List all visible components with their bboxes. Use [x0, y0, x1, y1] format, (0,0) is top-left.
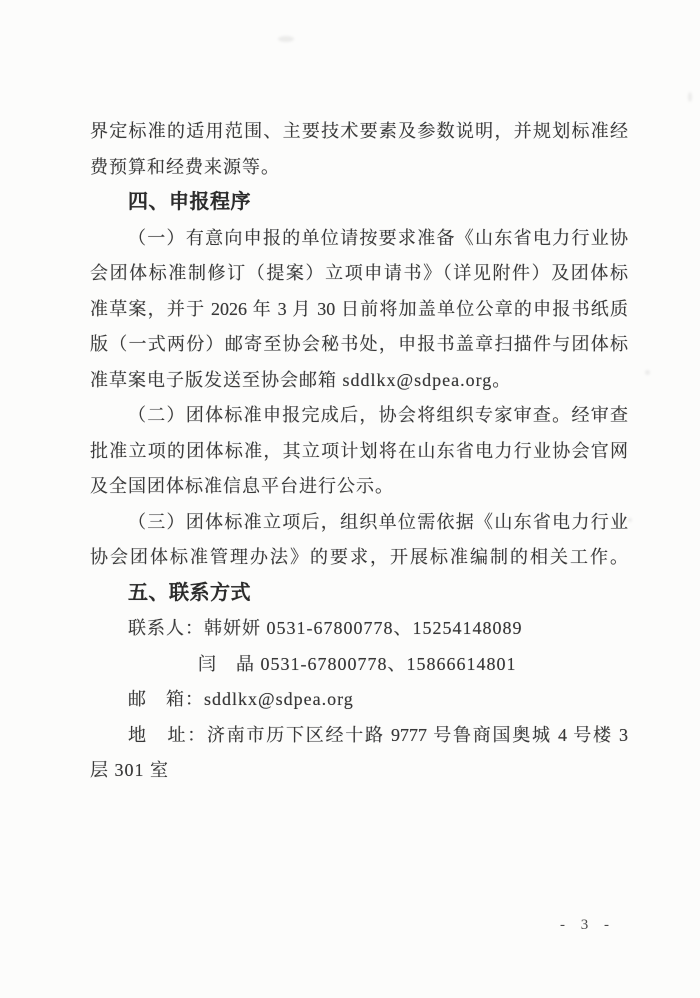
text-line: 层 301 室: [90, 753, 628, 789]
document-body: 界定标准的适用范围、主要技术要素及参数说明，并规划标准经费预算和经费来源等。四、…: [90, 114, 628, 789]
scan-smudge: [645, 370, 650, 375]
text-line: 联系人：韩妍妍 0531-67800778、15254148089: [90, 611, 628, 647]
text-line: 批准立项的团体标准，其立项计划将在山东省电力行业协会官网: [90, 434, 628, 470]
text-line: 会团体标准制修订（提案）立项申请书》（详见附件）及团体标: [90, 256, 628, 292]
text-line: （三）团体标准立项后，组织单位需依据《山东省电力行业: [90, 505, 628, 541]
section-heading: 五、联系方式: [90, 576, 628, 612]
text-line: 邮 箱：sddlkx@sdpea.org: [90, 682, 628, 718]
text-line: 闫 晶 0531-67800778、15866614801: [90, 647, 628, 683]
text-line: 地 址：济南市历下区经十路 9777 号鲁商国奥城 4 号楼 3: [90, 718, 628, 754]
text-line: 界定标准的适用范围、主要技术要素及参数说明，并规划标准经: [90, 114, 628, 150]
text-line: （一）有意向申报的单位请按要求准备《山东省电力行业协: [90, 221, 628, 257]
text-line: 准草案电子版发送至协会邮箱 sddlkx@sdpea.org。: [90, 363, 628, 399]
text-line: 准草案，并于 2026 年 3 月 30 日前将加盖单位公章的申报书纸质: [90, 292, 628, 328]
text-line: 费预算和经费来源等。: [90, 150, 628, 186]
scan-smudge: [688, 92, 692, 102]
text-line: 及全国团体标准信息平台进行公示。: [90, 469, 628, 505]
scan-smudge: [278, 36, 294, 42]
scanned-document-page: 界定标准的适用范围、主要技术要素及参数说明，并规划标准经费预算和经费来源等。四、…: [0, 0, 700, 998]
text-line: （二）团体标准申报完成后，协会将组织专家审查。经审查: [90, 398, 628, 434]
text-line: 版（一式两份）邮寄至协会秘书处，申报书盖章扫描件与团体标: [90, 327, 628, 363]
scan-smudge: [628, 518, 632, 522]
text-line: 协会团体标准管理办法》的要求，开展标准编制的相关工作。: [90, 540, 628, 576]
section-heading: 四、申报程序: [90, 185, 628, 221]
page-number: - 3 -: [560, 917, 615, 934]
